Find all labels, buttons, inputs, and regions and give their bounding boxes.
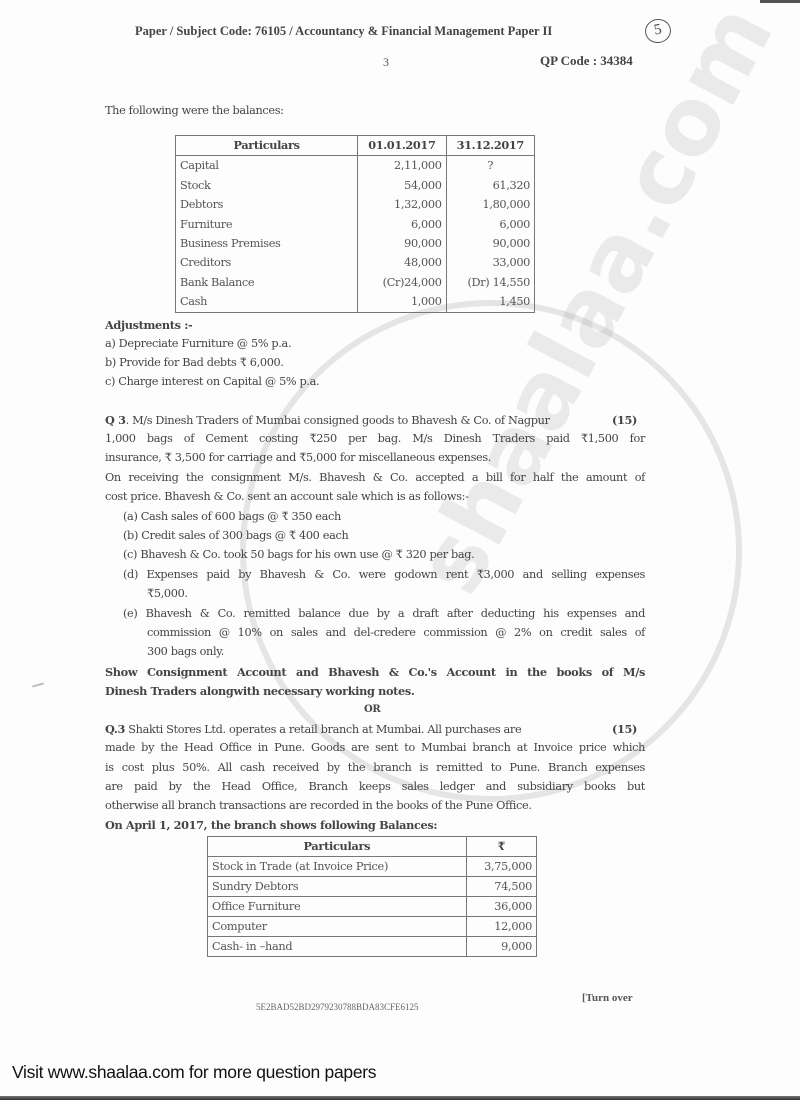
row-value: 74,500 xyxy=(466,877,536,897)
question-instruction: Show Consignment Account and Bhavesh & C… xyxy=(105,665,645,679)
sale-item: (e) Bhavesh & Co. remitted balance due b… xyxy=(123,607,645,620)
sale-item: commission @ 10% on sales and del-creder… xyxy=(147,626,645,639)
adjustment-item: c) Charge interest on Capital @ 5% p.a. xyxy=(105,375,319,388)
row-value: 1,450 xyxy=(446,292,534,312)
table-row: Cash1,0001,450 xyxy=(176,292,535,312)
row-value: 90,000 xyxy=(446,234,534,253)
column-header: Particulars xyxy=(176,136,358,156)
or-separator: OR xyxy=(364,704,380,715)
row-value: ? xyxy=(446,156,534,176)
row-label: Sundry Debtors xyxy=(208,877,467,897)
sale-item: (d) Expenses paid by Bhavesh & Co. were … xyxy=(123,568,645,581)
page-number: 3 xyxy=(383,55,389,70)
turn-over-note: [Turn over xyxy=(582,992,633,1004)
row-value: 12,000 xyxy=(466,917,536,937)
question-instruction: Dinesh Traders alongwith necessary worki… xyxy=(105,684,414,698)
paper-reference-code: 5E2BAD52BD2979230788BDA83CFE6125 xyxy=(256,1002,419,1012)
row-label: Computer xyxy=(208,917,467,937)
adjustment-item: b) Provide for Bad debts ₹ 6,000. xyxy=(105,356,284,369)
row-value: (Dr) 14,550 xyxy=(446,273,534,292)
column-header: 31.12.2017 xyxy=(446,136,534,156)
question-3b-line: otherwise all branch transactions are re… xyxy=(105,799,532,812)
question-3a-line: 1,000 bags of Cement costing ₹250 per ba… xyxy=(105,432,645,445)
question-label: Q 3 xyxy=(105,413,126,427)
column-header: 01.01.2017 xyxy=(358,136,446,156)
scan-edge xyxy=(760,0,800,3)
balances-table: Particulars 01.01.2017 31.12.2017 Capita… xyxy=(175,135,535,313)
table-header-row: Particulars 01.01.2017 31.12.2017 xyxy=(176,136,535,156)
branch-balances-table: Particulars ₹ Stock in Trade (at Invoice… xyxy=(207,836,537,957)
row-value: 48,000 xyxy=(358,253,446,272)
question-3b-line: made by the Head Office in Pune. Goods a… xyxy=(105,741,645,754)
paper-header: Paper / Subject Code: 76105 / Accountanc… xyxy=(135,24,552,39)
handwritten-page-mark: 5 xyxy=(643,17,673,45)
scan-edge-bottom xyxy=(0,1096,800,1100)
column-header: Particulars xyxy=(208,837,467,857)
row-label: Stock in Trade (at Invoice Price) xyxy=(208,857,467,877)
sale-item: (a) Cash sales of 600 bags @ ₹ 350 each xyxy=(123,510,341,523)
row-label: Cash- in –hand xyxy=(208,937,467,957)
branch-balances-title: On April 1, 2017, the branch shows follo… xyxy=(105,818,437,832)
row-value: (Cr)24,000 xyxy=(358,273,446,292)
question-3a-line: Q 3. M/s Dinesh Traders of Mumbai consig… xyxy=(105,413,605,427)
row-value: 1,000 xyxy=(358,292,446,312)
row-value: 9,000 xyxy=(466,937,536,957)
row-label: Stock xyxy=(176,176,358,195)
question-3b-line: is cost plus 50%. All cash received by t… xyxy=(105,761,645,774)
table-row: Office Furniture36,000 xyxy=(208,897,537,917)
scan-mark xyxy=(32,682,44,687)
exam-page: shaalaa.com Paper / Subject Code: 76105 … xyxy=(0,0,800,1102)
row-value: 54,000 xyxy=(358,176,446,195)
adjustment-item: a) Depreciate Furniture @ 5% p.a. xyxy=(105,337,291,350)
row-value: 90,000 xyxy=(358,234,446,253)
sale-item: 300 bags only. xyxy=(147,645,224,658)
intro-text: The following were the balances: xyxy=(105,104,284,117)
sale-item: ₹5,000. xyxy=(147,587,188,600)
row-label: Office Furniture xyxy=(208,897,467,917)
row-value: 36,000 xyxy=(466,897,536,917)
row-label: Creditors xyxy=(176,253,358,272)
row-label: Furniture xyxy=(176,215,358,234)
visit-website-link[interactable]: Visit www.shaalaa.com for more question … xyxy=(12,1062,376,1083)
row-value: 33,000 xyxy=(446,253,534,272)
row-value: 3,75,000 xyxy=(466,857,536,877)
table-row: Cash- in –hand9,000 xyxy=(208,937,537,957)
adjustments-title: Adjustments :- xyxy=(105,318,192,332)
table-row: Capital2,11,000? xyxy=(176,156,535,176)
row-label: Business Premises xyxy=(176,234,358,253)
row-label: Bank Balance xyxy=(176,273,358,292)
row-value: 6,000 xyxy=(446,215,534,234)
question-marks: (15) xyxy=(612,722,637,736)
question-3a-line: insurance, ₹ 3,500 for carriage and ₹5,0… xyxy=(105,451,491,464)
qp-code: QP Code : 34384 xyxy=(540,53,633,69)
table-row: Computer12,000 xyxy=(208,917,537,937)
row-value: 1,32,000 xyxy=(358,195,446,214)
row-label: Debtors xyxy=(176,195,358,214)
sale-item: (c) Bhavesh & Co. took 50 bags for his o… xyxy=(123,548,474,561)
row-label: Cash xyxy=(176,292,358,312)
question-3b-line: are paid by the Head Office, Branch keep… xyxy=(105,780,645,793)
question-label: Q.3 xyxy=(105,722,125,736)
question-3a-line: On receiving the consignment M/s. Bhaves… xyxy=(105,471,645,484)
row-value: 6,000 xyxy=(358,215,446,234)
table-row: Debtors1,32,0001,80,000 xyxy=(176,195,535,214)
row-value: 2,11,000 xyxy=(358,156,446,176)
row-label: Capital xyxy=(176,156,358,176)
question-3a-line: cost price. Bhavesh & Co. sent an accoun… xyxy=(105,490,469,503)
sale-item: (b) Credit sales of 300 bags @ ₹ 400 eac… xyxy=(123,529,348,542)
question-marks: (15) xyxy=(612,413,637,427)
table-row: Sundry Debtors74,500 xyxy=(208,877,537,897)
question-3b-line: Q.3 Shakti Stores Ltd. operates a retail… xyxy=(105,722,605,736)
table-row: Stock in Trade (at Invoice Price)3,75,00… xyxy=(208,857,537,877)
column-header: ₹ xyxy=(466,837,536,857)
table-row: Bank Balance(Cr)24,000(Dr) 14,550 xyxy=(176,273,535,292)
table-header-row: Particulars ₹ xyxy=(208,837,537,857)
row-value: 61,320 xyxy=(446,176,534,195)
row-value: 1,80,000 xyxy=(446,195,534,214)
table-row: Business Premises90,00090,000 xyxy=(176,234,535,253)
table-row: Stock54,00061,320 xyxy=(176,176,535,195)
table-row: Furniture6,0006,000 xyxy=(176,215,535,234)
table-row: Creditors48,00033,000 xyxy=(176,253,535,272)
